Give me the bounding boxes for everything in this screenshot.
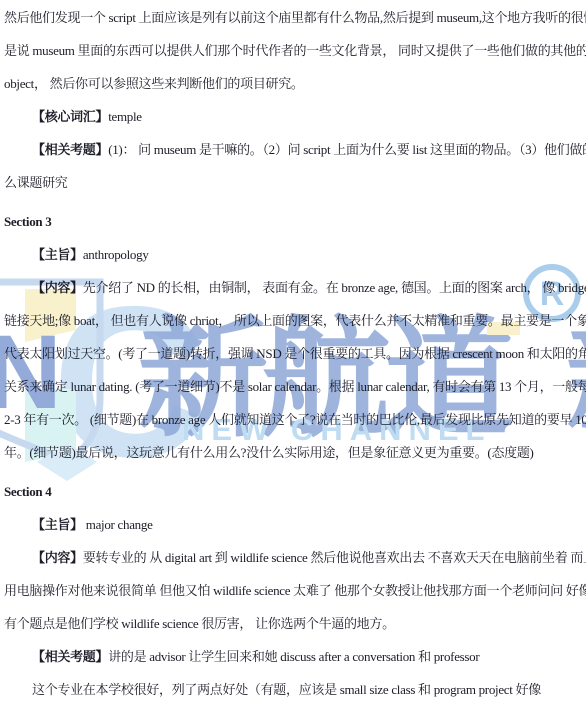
text-segment: 么课题研究 (4, 175, 68, 190)
bold-label-segment: Section 3 (4, 214, 52, 229)
text-segment: 讲的是 advisor 让学生回来和她 discuss after a conv… (108, 649, 479, 664)
bold-label-segment: 【相关考题】 (32, 649, 108, 664)
text-line: 【主旨】 major change (4, 508, 582, 541)
bold-label-segment: 【相关考题】 (32, 142, 108, 157)
text-segment: 链接天地;像 boat， 但也有人说像 chriot， 所以上面的图案，代表什么… (4, 313, 586, 328)
text-line: 用电脑操作对他来说很简单 但他又怕 wildlife science 太难了 他… (4, 574, 582, 607)
text-segment: anthropology (83, 247, 149, 262)
text-segment: temple (108, 109, 142, 124)
section-heading: Section 4 (4, 475, 582, 508)
text-line: 关系来确定 lunar dating. (考了一道细节)不是 solar cal… (4, 370, 582, 403)
text-segment: 这个专业在本学校很好，列了两点好处（有题，应该是 small size clas… (32, 682, 541, 697)
text-segment: 要转专业的 从 digital art 到 wildlife science 然… (83, 550, 586, 565)
text-segment: (1)： 问 museum 是干嘛的。（2）问 script 上面为什么要 li… (108, 142, 586, 157)
bold-label-segment: 【主旨】 (32, 247, 83, 262)
text-segment: 2-3 年有一次。 (细节题)在 bronze age 人们就知道这个了?说在当… (4, 412, 586, 427)
text-line: 么课题研究 (4, 166, 582, 199)
bold-label-segment: Section 4 (4, 484, 52, 499)
document-body: 然后他们发现一个 script 上面应该是列有以前这个庙里都有什么物品,然后提到… (0, 0, 586, 704)
section-heading: Section 3 (4, 205, 582, 238)
text-segment: 年。(细节题)最后说，这玩意儿有什么用么?没什么实际用途，但是象征意义更为重要。… (4, 445, 534, 460)
text-segment: 然后他们发现一个 script 上面应该是列有以前这个庙里都有什么物品,然后提到… (4, 10, 586, 25)
text-line: 【相关考题】(1)： 问 museum 是干嘛的。（2）问 script 上面为… (4, 133, 582, 166)
text-line: 然后他们发现一个 script 上面应该是列有以前这个庙里都有什么物品,然后提到… (4, 1, 582, 34)
text-line: 2-3 年有一次。 (细节题)在 bronze age 人们就知道这个了?说在当… (4, 403, 582, 436)
text-segment: 是说 museum 里面的东西可以提供人们那个时代作者的一些文化背景， 同时又提… (4, 43, 586, 58)
text-segment: 关系来确定 lunar dating. (考了一道细节)不是 solar cal… (4, 379, 586, 394)
text-line: 是说 museum 里面的东西可以提供人们那个时代作者的一些文化背景， 同时又提… (4, 34, 582, 67)
text-line: object， 然后你可以参照这些来判断他们的项目研究。 (4, 67, 582, 100)
bold-label-segment: 【内容】 (32, 550, 83, 565)
text-segment: 有个题点是他们学校 wildlife science 很厉害， 让你选两个牛逼的… (4, 616, 395, 631)
text-segment: 先介绍了 ND 的长相，由铜制， 表面有金。在 bronze age, 德国。上… (83, 280, 586, 295)
bold-label-segment: 【核心词汇】 (32, 109, 108, 124)
text-segment: major change (83, 517, 153, 532)
text-segment: object， 然后你可以参照这些来判断他们的项目研究。 (4, 76, 304, 91)
document-page: C N 新航道 新 NEW CHANNEL R 然后他们发现一个 script … (0, 0, 586, 704)
text-segment: 用电脑操作对他来说很简单 但他又怕 wildlife science 太难了 他… (4, 583, 586, 598)
text-segment: 代表太阳划过天空。(考了一道题)转折，强调 NSD 是个很重要的工具。因为根据 … (4, 346, 586, 361)
bold-label-segment: 【内容】 (32, 280, 83, 295)
bold-label-segment: 【主旨】 (32, 517, 83, 532)
text-line: 【内容】要转专业的 从 digital art 到 wildlife scien… (4, 541, 582, 574)
text-line: 【内容】先介绍了 ND 的长相，由铜制， 表面有金。在 bronze age, … (4, 271, 582, 304)
text-line: 【主旨】anthropology (4, 238, 582, 271)
text-line: 年。(细节题)最后说，这玩意儿有什么用么?没什么实际用途，但是象征意义更为重要。… (4, 436, 582, 469)
text-line: 【核心词汇】temple (4, 100, 582, 133)
text-line: 代表太阳划过天空。(考了一道题)转折，强调 NSD 是个很重要的工具。因为根据 … (4, 337, 582, 370)
text-line: 链接天地;像 boat， 但也有人说像 chriot， 所以上面的图案，代表什么… (4, 304, 582, 337)
text-line: 有个题点是他们学校 wildlife science 很厉害， 让你选两个牛逼的… (4, 607, 582, 640)
text-line: 这个专业在本学校很好，列了两点好处（有题，应该是 small size clas… (4, 673, 582, 704)
text-line: 【相关考题】讲的是 advisor 让学生回来和她 discuss after … (4, 640, 582, 673)
